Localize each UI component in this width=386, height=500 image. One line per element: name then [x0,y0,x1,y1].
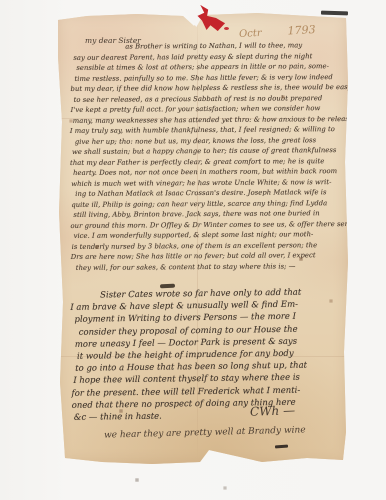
letter-body-first-hand: as Brother is writing to Nathan, I will … [69,40,345,273]
letter-line: they will, for our sakes, & content that… [76,261,345,273]
scanned-letter-page: Octr1793 my dear Sister as Brother is wr… [0,0,386,500]
wax-seal-fragment [224,27,229,30]
date-line: Octr1793 [239,23,316,40]
letter-body-second-hand: Sister Cates wrote so far have only to a… [70,286,340,424]
letter-line: Drs are here now; She has little or no f… [71,250,345,262]
paper-specks [0,0,2,2]
postscript: we hear they are pretty well at Brandy w… [104,425,306,440]
second-hand-line: &c — thine in haste. [74,408,340,424]
scan-mark [321,11,348,15]
date-year: 1793 [287,23,316,37]
signature: CWh — [250,403,296,419]
date-month: Octr [239,28,262,40]
letter-paper: Octr1793 my dear Sister as Brother is wr… [57,12,348,464]
ink-dash [275,445,288,448]
